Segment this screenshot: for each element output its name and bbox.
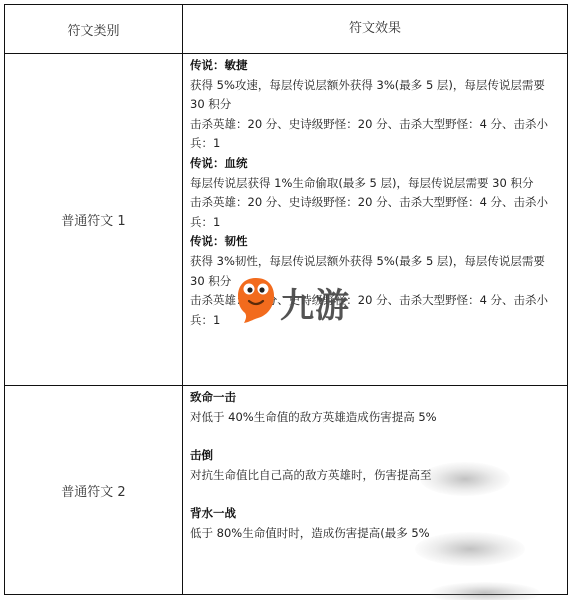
rune-entry-text: 每层传说层获得 1%生命偷取(最多 5 层)，每层传说层需要 30 积分 xyxy=(190,174,559,194)
rune-entry-text: 获得 3%韧性，每层传说层额外获得 5%(最多 5 层)，每层传说层需要 30 … xyxy=(190,252,559,291)
rune-entry-text: 对低于 40%生命值的敌方英雄造成伤害提高 5% xyxy=(190,408,559,428)
header-rune-effect: 符文效果 xyxy=(183,5,567,53)
rune-entry-text: 击杀英雄：20 分、史诗级野怪：20 分、击杀大型野怪：4 分、击杀小兵：1 xyxy=(190,193,559,232)
rune-entry-title: 传说：韧性 xyxy=(190,232,559,252)
rune-entry-title: 击倒 xyxy=(190,446,559,466)
table-header-row: 符文类别 符文效果 xyxy=(5,5,567,54)
rune-entry-title: 传说：血统 xyxy=(190,154,559,174)
rune-entry-text: 低于 80%生命值时时，造成伤害提高(最多 5% xyxy=(190,524,559,544)
table-row: 普通符文 1 传说：敏捷 获得 5%攻速，每层传说层额外获得 3%(最多 5 层… xyxy=(5,54,567,386)
spacer xyxy=(190,427,559,446)
header-rune-category: 符文类别 xyxy=(5,5,183,53)
rune-effect-cell: 致命一击 对低于 40%生命值的敌方英雄造成伤害提高 5% 击倒 对抗生命值比自… xyxy=(183,386,567,595)
rune-entry-text: 对抗生命值比自己高的敌方英雄时，伤害提高至 xyxy=(190,466,559,486)
rune-entry-text: 击杀英雄：20 分、史诗级野怪：20 分、击杀大型野怪：4 分、击杀小兵：1 xyxy=(190,291,559,330)
rune-effect-cell: 传说：敏捷 获得 5%攻速，每层传说层额外获得 3%(最多 5 层)，每层传说层… xyxy=(183,54,567,385)
rune-category-cell: 普通符文 1 xyxy=(5,54,183,385)
table-row: 普通符文 2 致命一击 对低于 40%生命值的敌方英雄造成伤害提高 5% 击倒 … xyxy=(5,386,567,595)
rune-table: 符文类别 符文效果 普通符文 1 传说：敏捷 获得 5%攻速，每层传说层额外获得… xyxy=(4,4,568,595)
rune-category-cell: 普通符文 2 xyxy=(5,386,183,595)
rune-entry-title: 传说：敏捷 xyxy=(190,56,559,76)
rune-entry-title: 背水一战 xyxy=(190,504,559,524)
spacer xyxy=(190,485,559,504)
rune-entry-title: 致命一击 xyxy=(190,388,559,408)
rune-entry-text: 击杀英雄：20 分、史诗级野怪：20 分、击杀大型野怪：4 分、击杀小兵：1 xyxy=(190,115,559,154)
rune-entry-text: 获得 5%攻速，每层传说层额外获得 3%(最多 5 层)，每层传说层需要 30 … xyxy=(190,76,559,115)
